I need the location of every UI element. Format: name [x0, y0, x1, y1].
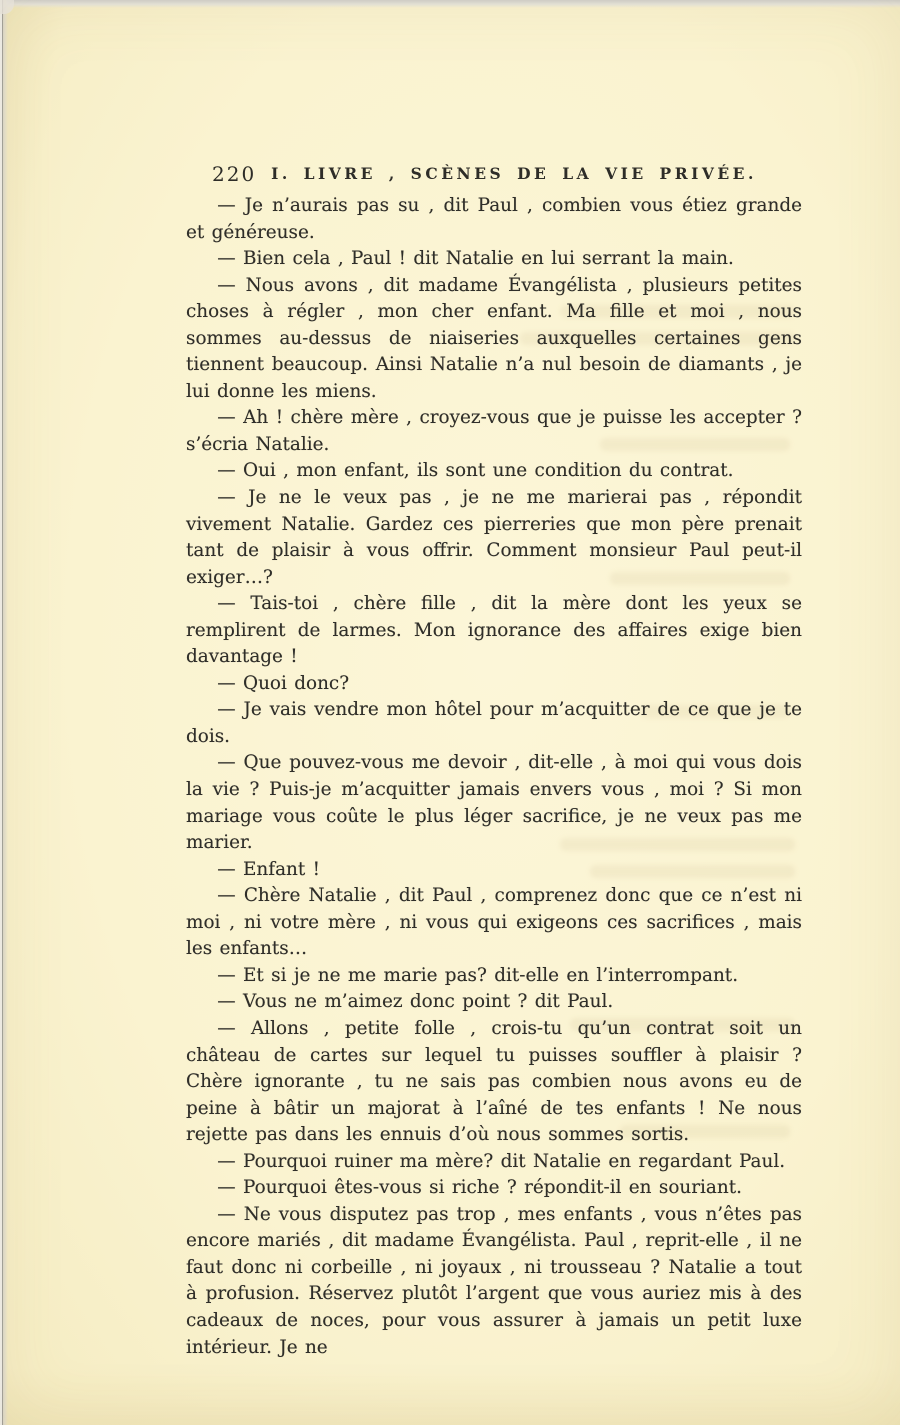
scan-edge-left [0, 0, 8, 1425]
paragraph: — Quoi donc? [186, 671, 802, 698]
paragraph: — Que pouvez-vous me devoir , dit-elle ,… [186, 750, 802, 856]
body-text-block: — Je n’aurais pas su , dit Paul , combie… [186, 193, 802, 1361]
paragraph: — Ne vous disputez pas trop , mes enfant… [186, 1202, 802, 1361]
paragraph: — Ah ! chère mère , croyez-vous que je p… [186, 405, 802, 458]
paragraph: — Je vais vendre mon hôtel pour m’acquit… [186, 697, 802, 750]
paragraph: — Bien cela , Paul ! dit Natalie en lui … [186, 246, 802, 273]
paragraph: — Tais-toi , chère fille , dit la mère d… [186, 591, 802, 671]
paragraph: — Allons , petite folle , crois-tu qu’un… [186, 1016, 802, 1149]
running-title: I. LIVRE , SCÈNES DE LA VIE PRIVÉE. [226, 164, 802, 183]
paragraph: — Je ne le veux pas , je ne me marierai … [186, 485, 802, 591]
paragraph: — Nous avons , dit madame Évangélista , … [186, 273, 802, 406]
paragraph: — Je n’aurais pas su , dit Paul , combie… [186, 193, 802, 246]
paragraph: — Enfant ! [186, 857, 802, 884]
scanned-book-page: { "book_page": { "page_number": "220", "… [0, 0, 900, 1425]
paragraph: — Vous ne m’aimez donc point ? dit Paul. [186, 989, 802, 1016]
scan-edge-top [0, 0, 900, 8]
running-header: 220 I. LIVRE , SCÈNES DE LA VIE PRIVÉE. [186, 161, 802, 187]
paragraph: — Et si je ne me marie pas? dit-elle en … [186, 963, 802, 990]
paragraph: — Chère Natalie , dit Paul , comprenez d… [186, 883, 802, 963]
paragraph: — Pourquoi ruiner ma mère? dit Natalie e… [186, 1149, 802, 1176]
paragraph: — Oui , mon enfant, ils sont une conditi… [186, 458, 802, 485]
paragraph: — Pourquoi êtes-vous si riche ? répondit… [186, 1175, 802, 1202]
